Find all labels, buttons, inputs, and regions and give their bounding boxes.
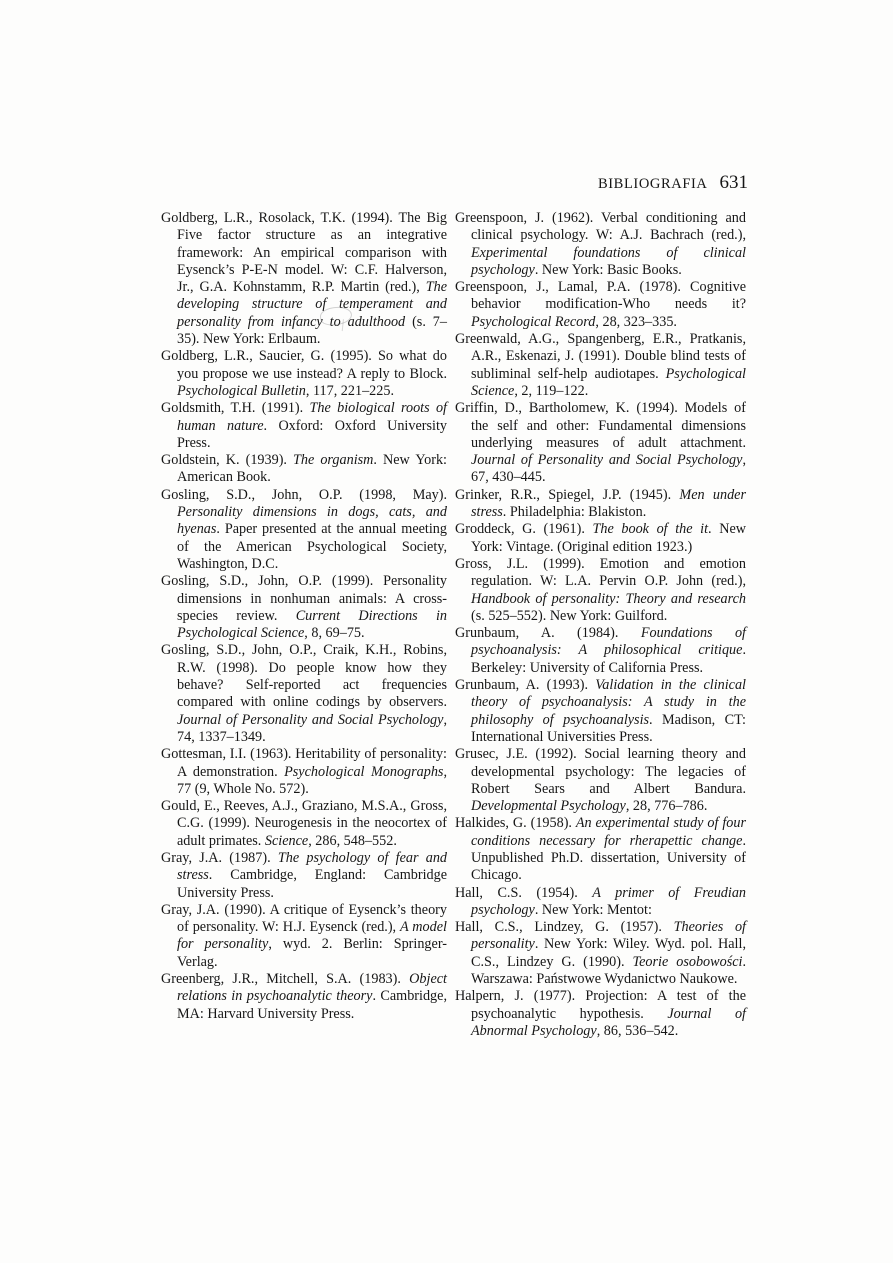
bibliography-page: BIBLIOGRAFIA631 Goldberg, L.R., Rosolack… — [0, 0, 893, 1263]
reference-entry: Gross, J.L. (1999). Emotion and emotion … — [455, 556, 746, 625]
reference-entry: Goldberg, L.R., Saucier, G. (1995). So w… — [161, 348, 447, 400]
reference-entry: Gosling, S.D., John, O.P. (1998, May). P… — [161, 487, 447, 573]
reference-entry: Grinker, R.R., Spiegel, J.P. (1945). Men… — [455, 487, 746, 522]
reference-entry: Grunbaum, A. (1993). Validation in the c… — [455, 677, 746, 746]
reference-entry: Gray, J.A. (1987). The psychology of fea… — [161, 850, 447, 902]
reference-entry: Greenwald, A.G., Spangenberg, E.R., Prat… — [455, 331, 746, 400]
page-number: 631 — [720, 172, 749, 193]
reference-entry: Halkides, G. (1958). An experimental stu… — [455, 815, 746, 884]
reference-column-right: Greenspoon, J. (1962). Verbal conditioni… — [455, 210, 746, 1040]
reference-entry: Greenspoon, J., Lamal, P.A. (1978). Cogn… — [455, 279, 746, 331]
reference-entry: Groddeck, G. (1961). The book of the it.… — [455, 521, 746, 556]
reference-entry: Goldsmith, T.H. (1991). The biological r… — [161, 400, 447, 452]
running-header: BIBLIOGRAFIA631 — [0, 172, 748, 194]
reference-entry: Halpern, J. (1977). Projection: A test o… — [455, 988, 746, 1040]
reference-entry: Grusec, J.E. (1992). Social learning the… — [455, 746, 746, 815]
reference-entry: Gottesman, I.I. (1963). Heritability of … — [161, 746, 447, 798]
reference-entry: Goldstein, K. (1939). The organism. New … — [161, 452, 447, 487]
reference-entry: Greenspoon, J. (1962). Verbal conditioni… — [455, 210, 746, 279]
reference-entry: Greenberg, J.R., Mitchell, S.A. (1983). … — [161, 971, 447, 1023]
reference-entry: Gray, J.A. (1990). A critique of Eysenck… — [161, 902, 447, 971]
reference-column-left: Goldberg, L.R., Rosolack, T.K. (1994). T… — [161, 210, 447, 1040]
reference-entry: Gosling, S.D., John, O.P. (1999). Person… — [161, 573, 447, 642]
reference-entry: Goldberg, L.R., Rosolack, T.K. (1994). T… — [161, 210, 447, 348]
reference-entry: Gould, E., Reeves, A.J., Graziano, M.S.A… — [161, 798, 447, 850]
reference-columns: Goldberg, L.R., Rosolack, T.K. (1994). T… — [161, 210, 746, 1040]
reference-entry: Grunbaum, A. (1984). Foundations of psyc… — [455, 625, 746, 677]
reference-entry: Hall, C.S., Lindzey, G. (1957). Theories… — [455, 919, 746, 988]
reference-entry: Hall, C.S. (1954). A primer of Freudian … — [455, 885, 746, 920]
reference-entry: Griffin, D., Bartholomew, K. (1994). Mod… — [455, 400, 746, 486]
reference-entry: Gosling, S.D., John, O.P., Craik, K.H., … — [161, 642, 447, 746]
running-title: BIBLIOGRAFIA — [598, 176, 708, 192]
